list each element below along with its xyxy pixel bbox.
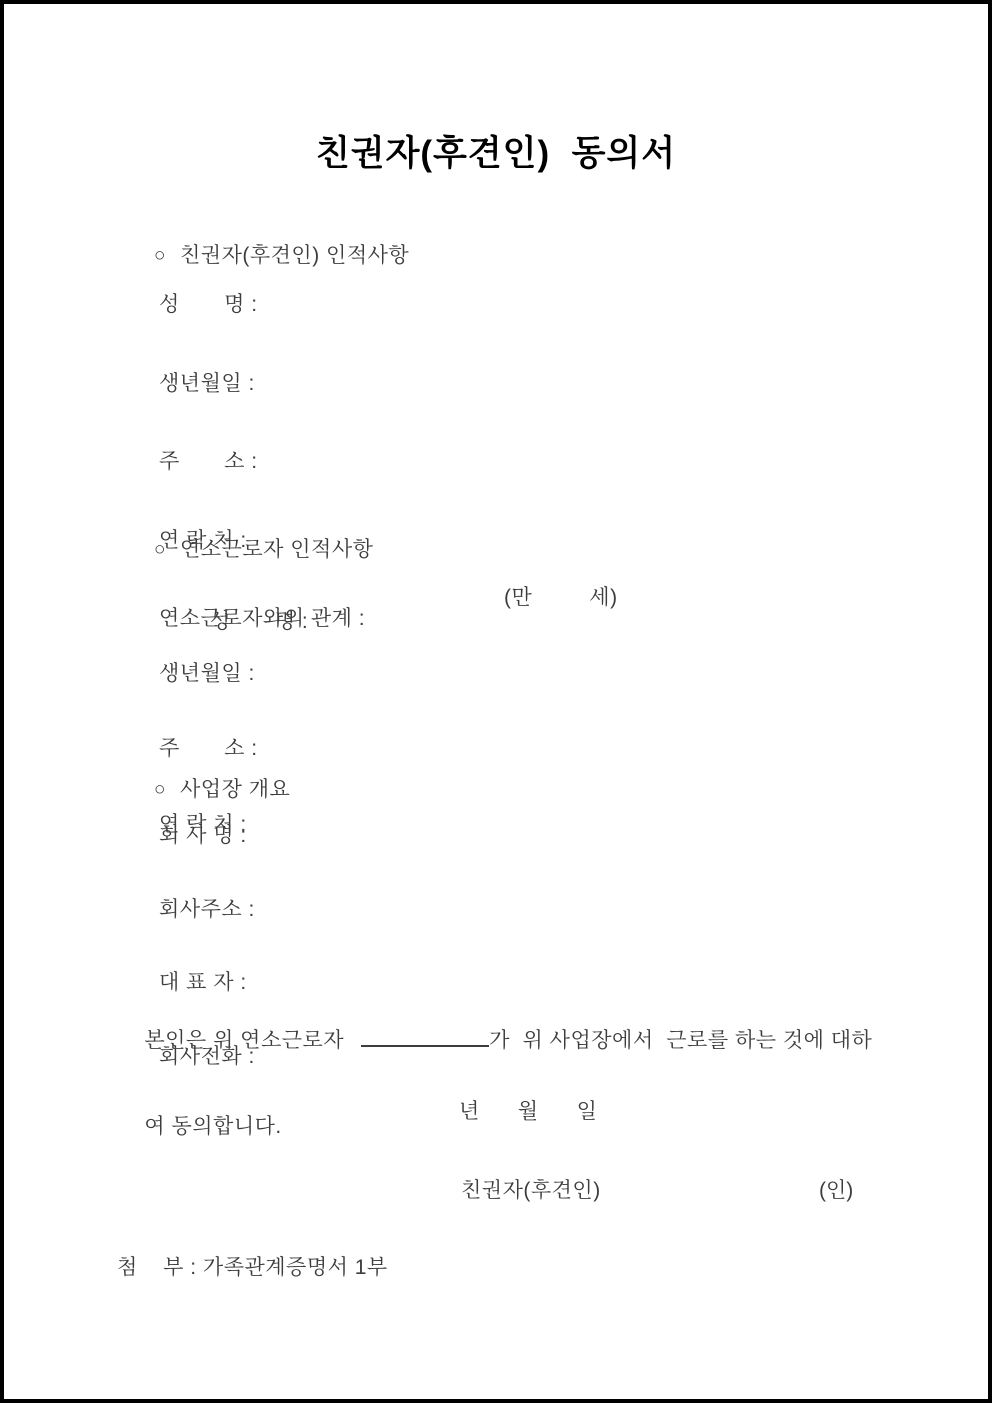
- field-guardian-birthdate: 생년월일 :: [159, 372, 365, 415]
- worker-age-note: (만 세): [504, 586, 618, 610]
- field-company-name: 회 사 명 :: [159, 824, 255, 862]
- field-worker-name-label: 성 명 :: [210, 610, 309, 633]
- consent-text-after-blank: 가 위 사업장에서 근로를 하는 것에 대하: [489, 1029, 872, 1052]
- consent-text-before-blank: 본인은 위 연소근로자: [144, 1029, 344, 1052]
- field-company-address: 회사주소 :: [159, 898, 255, 936]
- name-blank-underline: [361, 1024, 489, 1047]
- signature-label: 친권자(후견인): [461, 1174, 601, 1204]
- attachment-note: 첨 부 : 가족관계증명서 1부: [117, 1251, 388, 1281]
- field-guardian-name: 성 명 :: [159, 293, 365, 336]
- consent-form-page: 친권자(후견인) 동의서 ○친권자(후견인) 인적사항 성 명 : 생년월일 :…: [0, 0, 992, 1403]
- field-worker-name: 성 명 : (만 세): [159, 586, 308, 626]
- signature-seal-mark: (인): [819, 1174, 853, 1204]
- section-worker-info: ○연소근로자 인적사항 성 명 : (만 세) 생년월일 : 주 소 : 연 락…: [116, 509, 373, 587]
- date-line: 년 월 일: [459, 1095, 597, 1125]
- consent-statement: 본인은 위 연소근로자가 위 사업장에서 근로를 하는 것에 대하 여 동의합니…: [119, 976, 891, 1191]
- document-title: 친권자(후견인) 동의서: [4, 126, 988, 176]
- section-workplace-info: ○사업장 개요 회 사 명 : 회사주소 : 대 표 자 : 회사전화 :: [116, 749, 290, 827]
- consent-text-line2: 여 동의합니다.: [144, 1115, 281, 1138]
- field-worker-birthdate: 생년월일 :: [159, 662, 308, 702]
- section-guardian-info: ○친권자(후견인) 인적사항 성 명 : 생년월일 : 주 소 : 연 락 처 …: [116, 215, 409, 293]
- field-guardian-address: 주 소 :: [159, 450, 365, 493]
